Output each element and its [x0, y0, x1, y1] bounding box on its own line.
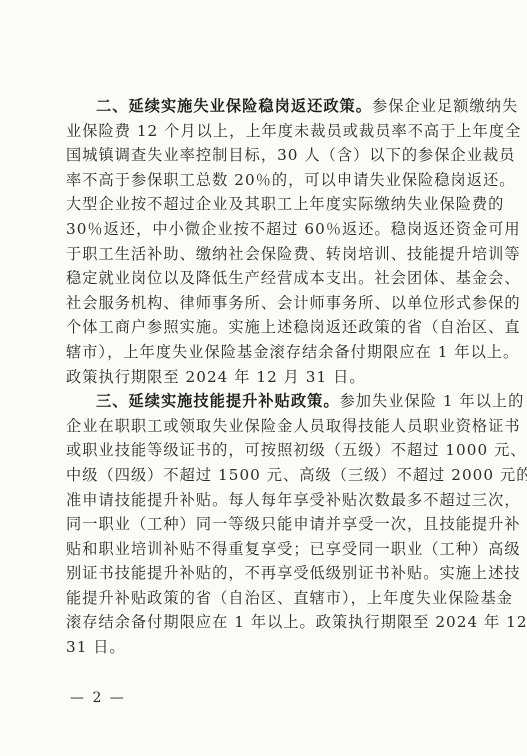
paragraph-line: 31 日。	[66, 635, 466, 660]
paragraph-line: 能提升补贴政策的省（自治区、直辖市），上年度失业保险基金	[66, 586, 466, 611]
paragraph-line: 贴和职业培训补贴不得重复享受；已享受同一职业（工种）高级	[66, 537, 466, 562]
paragraph-line: 别证书技能提升补贴的，不再享受低级别证书补贴。实施上述技	[66, 561, 466, 586]
paragraph-line: 政策执行期限至 2024 年 12 月 31 日。	[66, 365, 466, 390]
section-2-first-line: 二、延续实施失业保险稳岗返还政策。参保企业足额缴纳失	[66, 94, 466, 119]
paragraph-line: 大型企业按不超过企业及其职工上年度实际缴纳失业保险费的	[66, 192, 466, 217]
paragraph-line: 或职业技能等级证书的，可按照初级（五级）不超过 1000 元、	[66, 438, 466, 463]
document-page: 二、延续实施失业保险稳岗返还政策。参保企业足额缴纳失 业保险费 12 个月以上，…	[66, 94, 466, 660]
paragraph-line: 滚存结余备付期限应在 1 年以上。政策执行期限至 2024 年 12 月	[66, 610, 466, 635]
paragraph-line: 30％返还，中小微企业按不超过 60％返还。稳岗返还资金可用	[66, 217, 466, 242]
paragraph-line: 企业在职职工或领取失业保险金人员取得技能人员职业资格证书	[66, 414, 466, 439]
paragraph-line: 中级（四级）不超过 1500 元、高级（三级）不超过 2000 元的标	[66, 463, 466, 488]
section-3-heading: 三、延续实施技能提升补贴政策。	[96, 392, 340, 410]
section-3: 三、延续实施技能提升补贴政策。参加失业保险 1 年以上的 企业在职职工或领取失业…	[66, 389, 466, 660]
section-2: 二、延续实施失业保险稳岗返还政策。参保企业足额缴纳失 业保险费 12 个月以上，…	[66, 94, 466, 389]
paragraph-line: 稳定就业岗位以及降低生产经营成本支出。社会团体、基金会、	[66, 266, 466, 291]
section-2-line-0: 参保企业足额缴纳失	[372, 97, 518, 115]
paragraph-line: 业保险费 12 个月以上，上年度未裁员或裁员率不高于上年度全	[66, 119, 466, 144]
paragraph-line: 于职工生活补助、缴纳社会保险费、转岗培训、技能提升培训等	[66, 242, 466, 267]
section-2-heading: 二、延续实施失业保险稳岗返还政策。	[96, 97, 372, 115]
paragraph-line: 同一职业（工种）同一等级只能申请并享受一次，且技能提升补	[66, 512, 466, 537]
paragraph-line: 社会服务机构、律师事务所、会计师事务所、以单位形式参保的	[66, 291, 466, 316]
paragraph-line: 辖市），上年度失业保险基金滚存结余备付期限应在 1 年以上。	[66, 340, 466, 365]
paragraph-line: 率不高于参保职工总数 20％的，可以申请失业保险稳岗返还。	[66, 168, 466, 193]
paragraph-line: 准申请技能提升补贴。每人每年享受补贴次数最多不超过三次，	[66, 488, 466, 513]
section-3-line-0: 参加失业保险 1 年以上的	[340, 392, 525, 410]
page-number: — 2 —	[70, 690, 126, 706]
paragraph-line: 国城镇调查失业率控制目标，30 人（含）以下的参保企业裁员	[66, 143, 466, 168]
section-3-first-line: 三、延续实施技能提升补贴政策。参加失业保险 1 年以上的	[66, 389, 466, 414]
paragraph-line: 个体工商户参照实施。实施上述稳岗返还政策的省（自治区、直	[66, 315, 466, 340]
